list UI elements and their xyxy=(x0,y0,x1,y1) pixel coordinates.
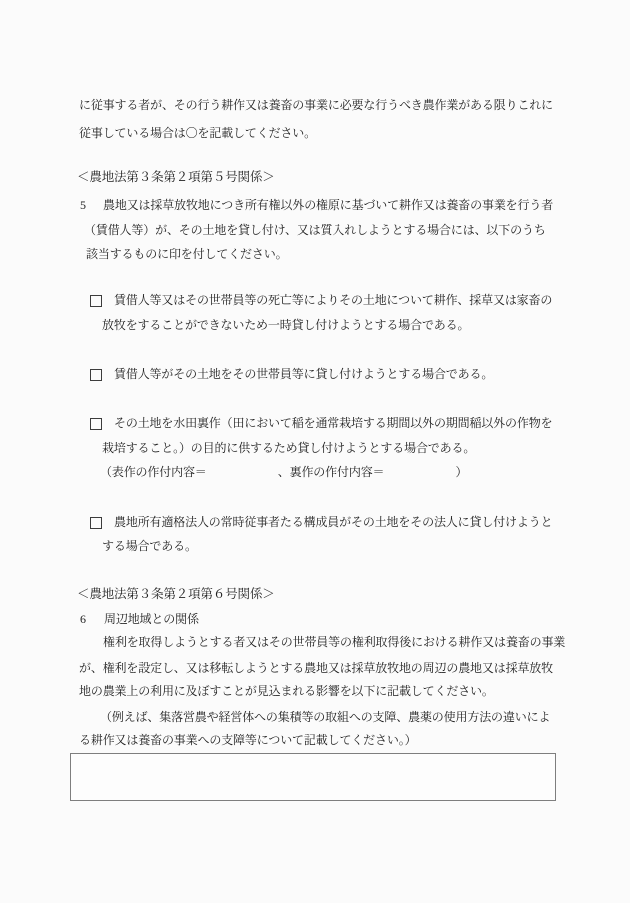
option2-text-line-1: 賃借人等がその土地をその世帯員等に貸し付けようとする場合である。 xyxy=(114,366,493,382)
intro-line-2: 従事している場合は〇を記載してください。 xyxy=(79,125,316,141)
option4-text-line-2: する場合である。 xyxy=(102,538,197,554)
item6-body-line-3: 地の農業上の利用に及ぼすことが見込まれる影響を以下に記載してください。 xyxy=(79,683,494,699)
option3-crop-fill-line: （表作の作付内容＝ 、裏作の作付内容＝ ） xyxy=(100,464,467,480)
option1-checkbox[interactable] xyxy=(90,295,102,307)
item6-example-line-1: （例えば、集落営農や経営体への集積等の取組への支障、農薬の使用方法の違いによ xyxy=(100,709,550,725)
item6-title: 周辺地域との関係 xyxy=(104,611,199,627)
option1-text-line-1: 賃借人等又はその世帯員等の死亡等によりその土地について耕作、採草又は家畜の xyxy=(114,292,552,308)
item5-lead-line-3: 該当するものに印を付してください。 xyxy=(86,246,287,262)
item6-body-line-1: 権利を取得しようとする者又はその世帯員等の権利取得後における耕作又は養畜の事業 xyxy=(103,634,565,650)
option2-checkbox[interactable] xyxy=(90,369,102,381)
item5-lead-line-1: 農地又は採草放牧地につき所有権以外の権原に基づいて耕作又は養畜の事業を行う者 xyxy=(103,197,553,213)
item5-lead-line-2: （賃借人等）が、その土地を貸し付け、又は質入れしようとする場合には、以下のうち xyxy=(84,222,546,238)
option4-checkbox[interactable] xyxy=(90,517,102,529)
option3-text-line-2: 栽培すること。）の目的に供するため貸し付けようとする場合である。 xyxy=(102,440,475,456)
item6-body-line-2: が、権利を設定し、又は移転しようとする農地又は採草放牧地の周辺の農地又は採草放牧 xyxy=(79,660,553,676)
intro-line-1: に従事する者が、その行う耕作又は養畜の事業に必要な行うべき農作業がある限りこれに xyxy=(79,97,553,113)
option3-text-line-1: その土地を水田裏作（田において稲を通常栽培する期間以外の期間稲以外の作物を xyxy=(114,415,552,431)
item5-number: 5 xyxy=(80,197,86,213)
impact-answer-box[interactable] xyxy=(70,753,556,801)
document-page: に従事する者が、その行う耕作又は養畜の事業に必要な行うべき農作業がある限りこれに… xyxy=(0,0,630,903)
item6-example-line-2: る耕作又は養畜の事業への支障等について記載してください。） xyxy=(79,732,416,748)
section6-header: ＜農地法第３条第２項第６号関係＞ xyxy=(77,586,275,602)
option3-checkbox[interactable] xyxy=(90,418,102,430)
option1-text-line-2: 放牧をすることができないため一時貸し付けようとする場合である。 xyxy=(102,317,469,333)
item6-number: 6 xyxy=(80,611,86,627)
option4-text-line-1: 農地所有適格法人の常時従事者たる構成員がその土地をその法人に貸し付けようと xyxy=(114,514,552,530)
section5-header: ＜農地法第３条第２項第５号関係＞ xyxy=(77,169,275,185)
